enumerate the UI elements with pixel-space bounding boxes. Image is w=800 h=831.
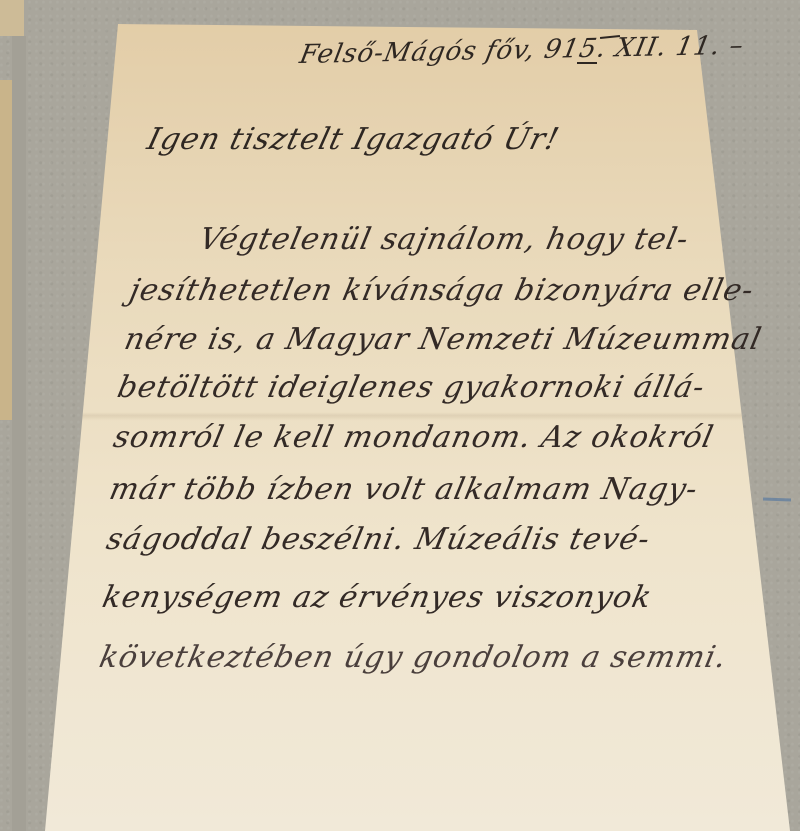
body-line: már több ízben volt alkalmam Nagy- [106, 472, 701, 507]
body-line: somról le kell mondanom. Az okokról [110, 420, 717, 455]
cardboard-edge [12, 36, 26, 831]
background-sheet-corner [0, 0, 24, 36]
body-line: ságoddal beszélni. Múzeális tevé- [103, 522, 653, 557]
letter-salutation: Igen tisztelt Igazgató Úr! [144, 122, 563, 157]
body-line: következtében úgy gondolom a semmi. [96, 640, 730, 675]
body-line: betöltött ideiglenes gyakornoki állá- [114, 370, 708, 405]
body-line: nére is, a Magyar Nemzeti Múzeummal [121, 322, 765, 357]
date-underline [577, 62, 597, 64]
body-line: kenységem az érvényes viszonyok [99, 580, 655, 615]
body-line: Végtelenül sajnálom, hogy tel- [196, 222, 692, 257]
body-line: jesíthetetlen kívánsága bizonyára elle- [126, 273, 757, 308]
blue-pen-mark [763, 498, 791, 502]
background-sheet-edge [0, 80, 12, 420]
